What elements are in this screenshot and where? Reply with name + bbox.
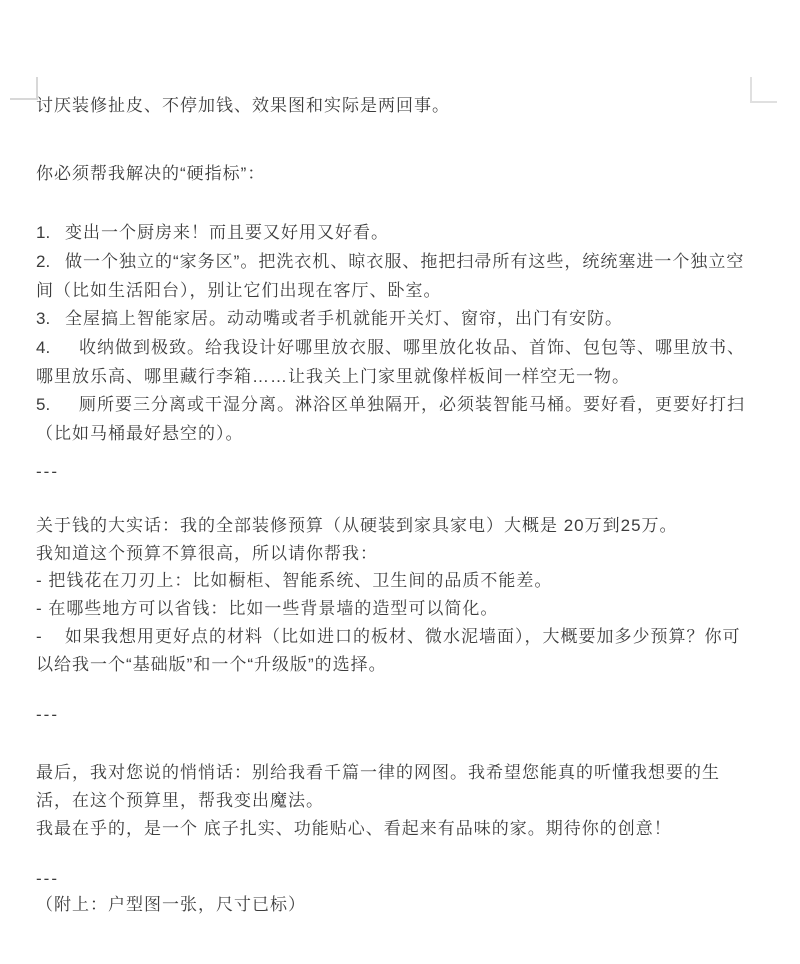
separator: --- (36, 700, 59, 729)
closing-line-2: 活，在这个预算里，帮我变出魔法。 (36, 786, 324, 815)
list-number: 4. (36, 333, 79, 362)
list-text: 厕所要三分离或干湿分离。淋浴区单独隔开，必须装智能马桶。要好看，更要好打扫 (79, 395, 745, 414)
list-number: 3. (36, 304, 65, 333)
list-item-3: 3.全屋搞上智能家居。动动嘴或者手机就能开关灯、窗帘，出门有安防。 (36, 304, 623, 333)
list-text: 变出一个厨房来！而且要又好用又好看。 (65, 223, 389, 242)
closing-line-1: 最后，我对您说的悄悄话：别给我看千篇一律的网图。我希望您能真的听懂我想要的生 (36, 758, 720, 787)
list-number: 5. (36, 390, 79, 419)
list-item-1: 1.变出一个厨房来！而且要又好用又好看。 (36, 218, 389, 247)
budget-statement: 关于钱的大实话：我的全部装修预算（从硬装到家具家电）大概是 20万到25万。 (36, 511, 678, 540)
attachment-note: （附上：户型图一张，尺寸已标） (36, 890, 306, 919)
list-item-5: 5.厕所要三分离或干湿分离。淋浴区单独隔开，必须装智能马桶。要好看，更要好打扫 (36, 390, 745, 419)
budget-bullet-1: - 把钱花在刀刃上：比如橱柜、智能系统、卫生间的品质不能差。 (36, 566, 552, 595)
page-margin-mark-left (10, 77, 38, 100)
bullet-text: 如果我想用更好点的材料（比如进口的板材、微水泥墙面），大概要加多少预算？你可 (65, 627, 741, 646)
list-text: 全屋搞上智能家居。动动嘴或者手机就能开关灯、窗帘，出门有安防。 (65, 309, 623, 328)
hard-targets-heading: 你必须帮我解决的“硬指标”： (36, 159, 265, 188)
intro-line: 讨厌装修扯皮、不停加钱、效果图和实际是两回事。 (36, 91, 450, 120)
page-margin-mark-right (750, 77, 777, 103)
budget-bullet-2: - 在哪些地方可以省钱：比如一些背景墙的造型可以简化。 (36, 594, 498, 623)
list-item-4: 4.收纳做到极致。给我设计好哪里放衣服、哪里放化妆品、首饰、包包等、哪里放书、 (36, 333, 745, 362)
list-number: 1. (36, 218, 65, 247)
closing-line-3: 我最在乎的，是一个 底子扎实、功能贴心、看起来有品味的家。期待你的创意！ (36, 814, 672, 843)
list-item-2-continuation: 间（比如生活阳台），别让它们出现在客厅、卧室。 (36, 276, 442, 305)
list-item-2: 2.做一个独立的“家务区”。把洗衣机、晾衣服、拖把扫帚所有这些，统统塞进一个独立… (36, 247, 744, 276)
budget-bullet-3-continuation: 以给我一个“基础版”和一个“升级版”的选择。 (36, 650, 387, 679)
list-item-4-continuation: 哪里放乐高、哪里藏行李箱……让我关上门家里就像样板间一样空无一物。 (36, 362, 630, 391)
list-text: 做一个独立的“家务区”。把洗衣机、晾衣服、拖把扫帚所有这些，统统塞进一个独立空 (65, 252, 744, 271)
list-item-5-continuation: （比如马桶最好悬空的）。 (36, 419, 244, 448)
separator: --- (36, 457, 59, 486)
bullet-dash: - (36, 622, 65, 651)
list-text: 收纳做到极致。给我设计好哪里放衣服、哪里放化妆品、首饰、包包等、哪里放书、 (79, 338, 745, 357)
separator: --- (36, 864, 59, 893)
budget-request: 我知道这个预算不算很高，所以请你帮我： (36, 539, 378, 568)
document-page: 讨厌装修扯皮、不停加钱、效果图和实际是两回事。 你必须帮我解决的“硬指标”： 1… (0, 0, 800, 964)
budget-bullet-3: -如果我想用更好点的材料（比如进口的板材、微水泥墙面），大概要加多少预算？你可 (36, 622, 741, 651)
list-number: 2. (36, 247, 65, 276)
